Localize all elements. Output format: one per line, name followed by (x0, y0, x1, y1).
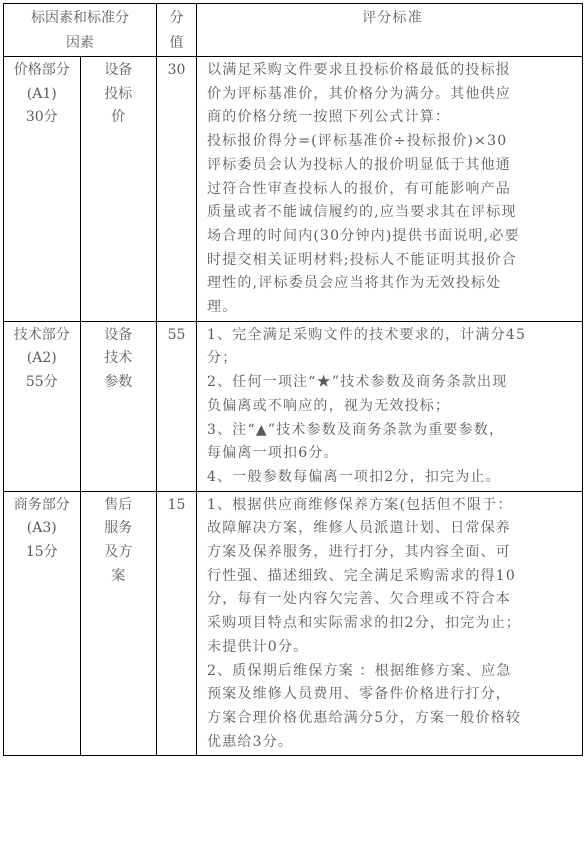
criteria-line: 1、完全满足采购文件的技术要求的，计满分45 (207, 324, 578, 348)
criteria-line: 商的价格分统一按照下列公式计算： (207, 106, 578, 130)
factor-line: 投标 (81, 83, 157, 107)
factor-line: 价 (81, 106, 157, 130)
criteria-cell: 1、根据供应商维修保养方案(包括但不限于： 故障解决方案，维修人员派遣计划、日常… (197, 491, 583, 756)
factor-line: 设备 (81, 324, 157, 348)
factor-cell: 售后 服务 及方 案 (80, 491, 157, 756)
factor-line: 服务 (81, 517, 157, 541)
score-cell: 15 (157, 491, 197, 756)
criteria-line: 1、根据供应商维修保养方案(包括但不限于： (207, 494, 578, 518)
criteria-line: 3、注“▲”技术参数及商务条款为重要参数， (207, 419, 578, 443)
category-line: (A1) (4, 83, 80, 107)
criteria-line: 2、质保期后维保方案 ：根据维修方案、应急 (207, 660, 578, 684)
header-score-line: 分 (157, 6, 196, 31)
header-score: 分 值 (157, 4, 197, 57)
score-cell: 30 (157, 57, 197, 322)
table-row-technical: 技术部分 (A2) 55分 设备 技术 参数 55 1、完全满足采购文件的技术要… (4, 321, 583, 491)
criteria-line: 分； (207, 347, 578, 371)
criteria-cell: 以满足采购文件要求且投标价格最低的投标报 价为评标基准价，其价格分为满分。其他供… (197, 57, 583, 322)
criteria-line: 理性的,评标委员会应当将其作为无效投标处 (207, 272, 578, 296)
criteria-line: 理。 (207, 296, 578, 320)
criteria-line: 场合理的时间内(30分钟内)提供书面说明,必要 (207, 225, 578, 249)
header-criteria: 评分标准 (197, 4, 583, 57)
factor-line: 案 (81, 565, 157, 589)
category-line: 技术部分 (4, 324, 80, 348)
criteria-line: 预案及维修人员费用、零备件价格进行打分， (207, 683, 578, 707)
table-row-price: 价格部分 (A1) 30分 设备 投标 价 30 以满足采购文件要求且投标价格最… (4, 57, 583, 322)
table-row-business: 商务部分 (A3) 15分 售后 服务 及方 案 15 1、根据供应商维修保养方… (4, 491, 583, 756)
category-line: (A3) (4, 517, 80, 541)
category-line: (A2) (4, 347, 80, 371)
factor-line: 设备 (81, 59, 157, 83)
category-line: 价格部分 (4, 59, 80, 83)
criteria-line: 负偏离或不响应的，视为无效投标； (207, 395, 578, 419)
category-cell: 技术部分 (A2) 55分 (4, 321, 81, 491)
factor-cell: 设备 投标 价 (80, 57, 157, 322)
factor-line: 售后 (81, 494, 157, 518)
header-factor-line: 因素 (4, 31, 156, 56)
criteria-line: 评标委员会认为投标人的报价明显低于其他通 (207, 154, 578, 178)
category-line: 30分 (4, 106, 80, 130)
criteria-cell: 1、完全满足采购文件的技术要求的，计满分45 分； 2、任何一项注“★”技术参数… (197, 321, 583, 491)
criteria-line: 优惠给3分。 (207, 731, 578, 755)
factor-line: 技术 (81, 347, 157, 371)
criteria-line: 以满足采购文件要求且投标价格最低的投标报 (207, 59, 578, 83)
criteria-line: 价为评标基准价，其价格分为满分。其他供应 (207, 83, 578, 107)
category-line: 商务部分 (4, 494, 80, 518)
category-cell: 价格部分 (A1) 30分 (4, 57, 81, 322)
criteria-line: 方案合理价格优惠给满分5分，方案一般价格较 (207, 707, 578, 731)
category-cell: 商务部分 (A3) 15分 (4, 491, 81, 756)
criteria-line: 行性强、描述细致、完全满足采购需求的得10 (207, 565, 578, 589)
score-cell: 55 (157, 321, 197, 491)
criteria-line: 质量或者不能诚信履约的,应当要求其在评标现 (207, 201, 578, 225)
criteria-line: 采购项目特点和实际需求的扣2分，扣完为止； (207, 612, 578, 636)
factor-line: 及方 (81, 541, 157, 565)
criteria-line: 每偏离一项扣6分。 (207, 442, 578, 466)
factor-line: 参数 (81, 371, 157, 395)
criteria-line: 时提交相关证明材料;投标人不能证明其报价合 (207, 249, 578, 273)
factor-cell: 设备 技术 参数 (80, 321, 157, 491)
criteria-line: 2、任何一项注“★”技术参数及商务条款出现 (207, 371, 578, 395)
category-line: 15分 (4, 541, 80, 565)
criteria-line: 过符合性审查投标人的报价，有可能影响产品 (207, 178, 578, 202)
scoring-criteria-table: 标因素和标准分 因素 分 值 评分标准 价格部分 (A1) 30分 设备 投标 … (3, 3, 583, 756)
criteria-line: 故障解决方案，维修人员派遣计划、日常保养 (207, 517, 578, 541)
criteria-line: 分，每有一处内容欠完善、欠合理或不符合本 (207, 588, 578, 612)
category-line: 55分 (4, 371, 80, 395)
table-header-row: 标因素和标准分 因素 分 值 评分标准 (4, 4, 583, 57)
criteria-line: 投标报价得分=(评标基准价÷投标报价)×30 (207, 130, 578, 154)
header-score-line: 值 (157, 31, 196, 56)
header-factor-line: 标因素和标准分 (4, 6, 156, 31)
criteria-line: 4、一般参数每偏离一项扣2分，扣完为止。 (207, 466, 578, 490)
header-factor: 标因素和标准分 因素 (4, 4, 157, 57)
criteria-line: 未提供计0分。 (207, 636, 578, 660)
criteria-line: 方案及保养服务，进行打分，其内容全面、可 (207, 541, 578, 565)
